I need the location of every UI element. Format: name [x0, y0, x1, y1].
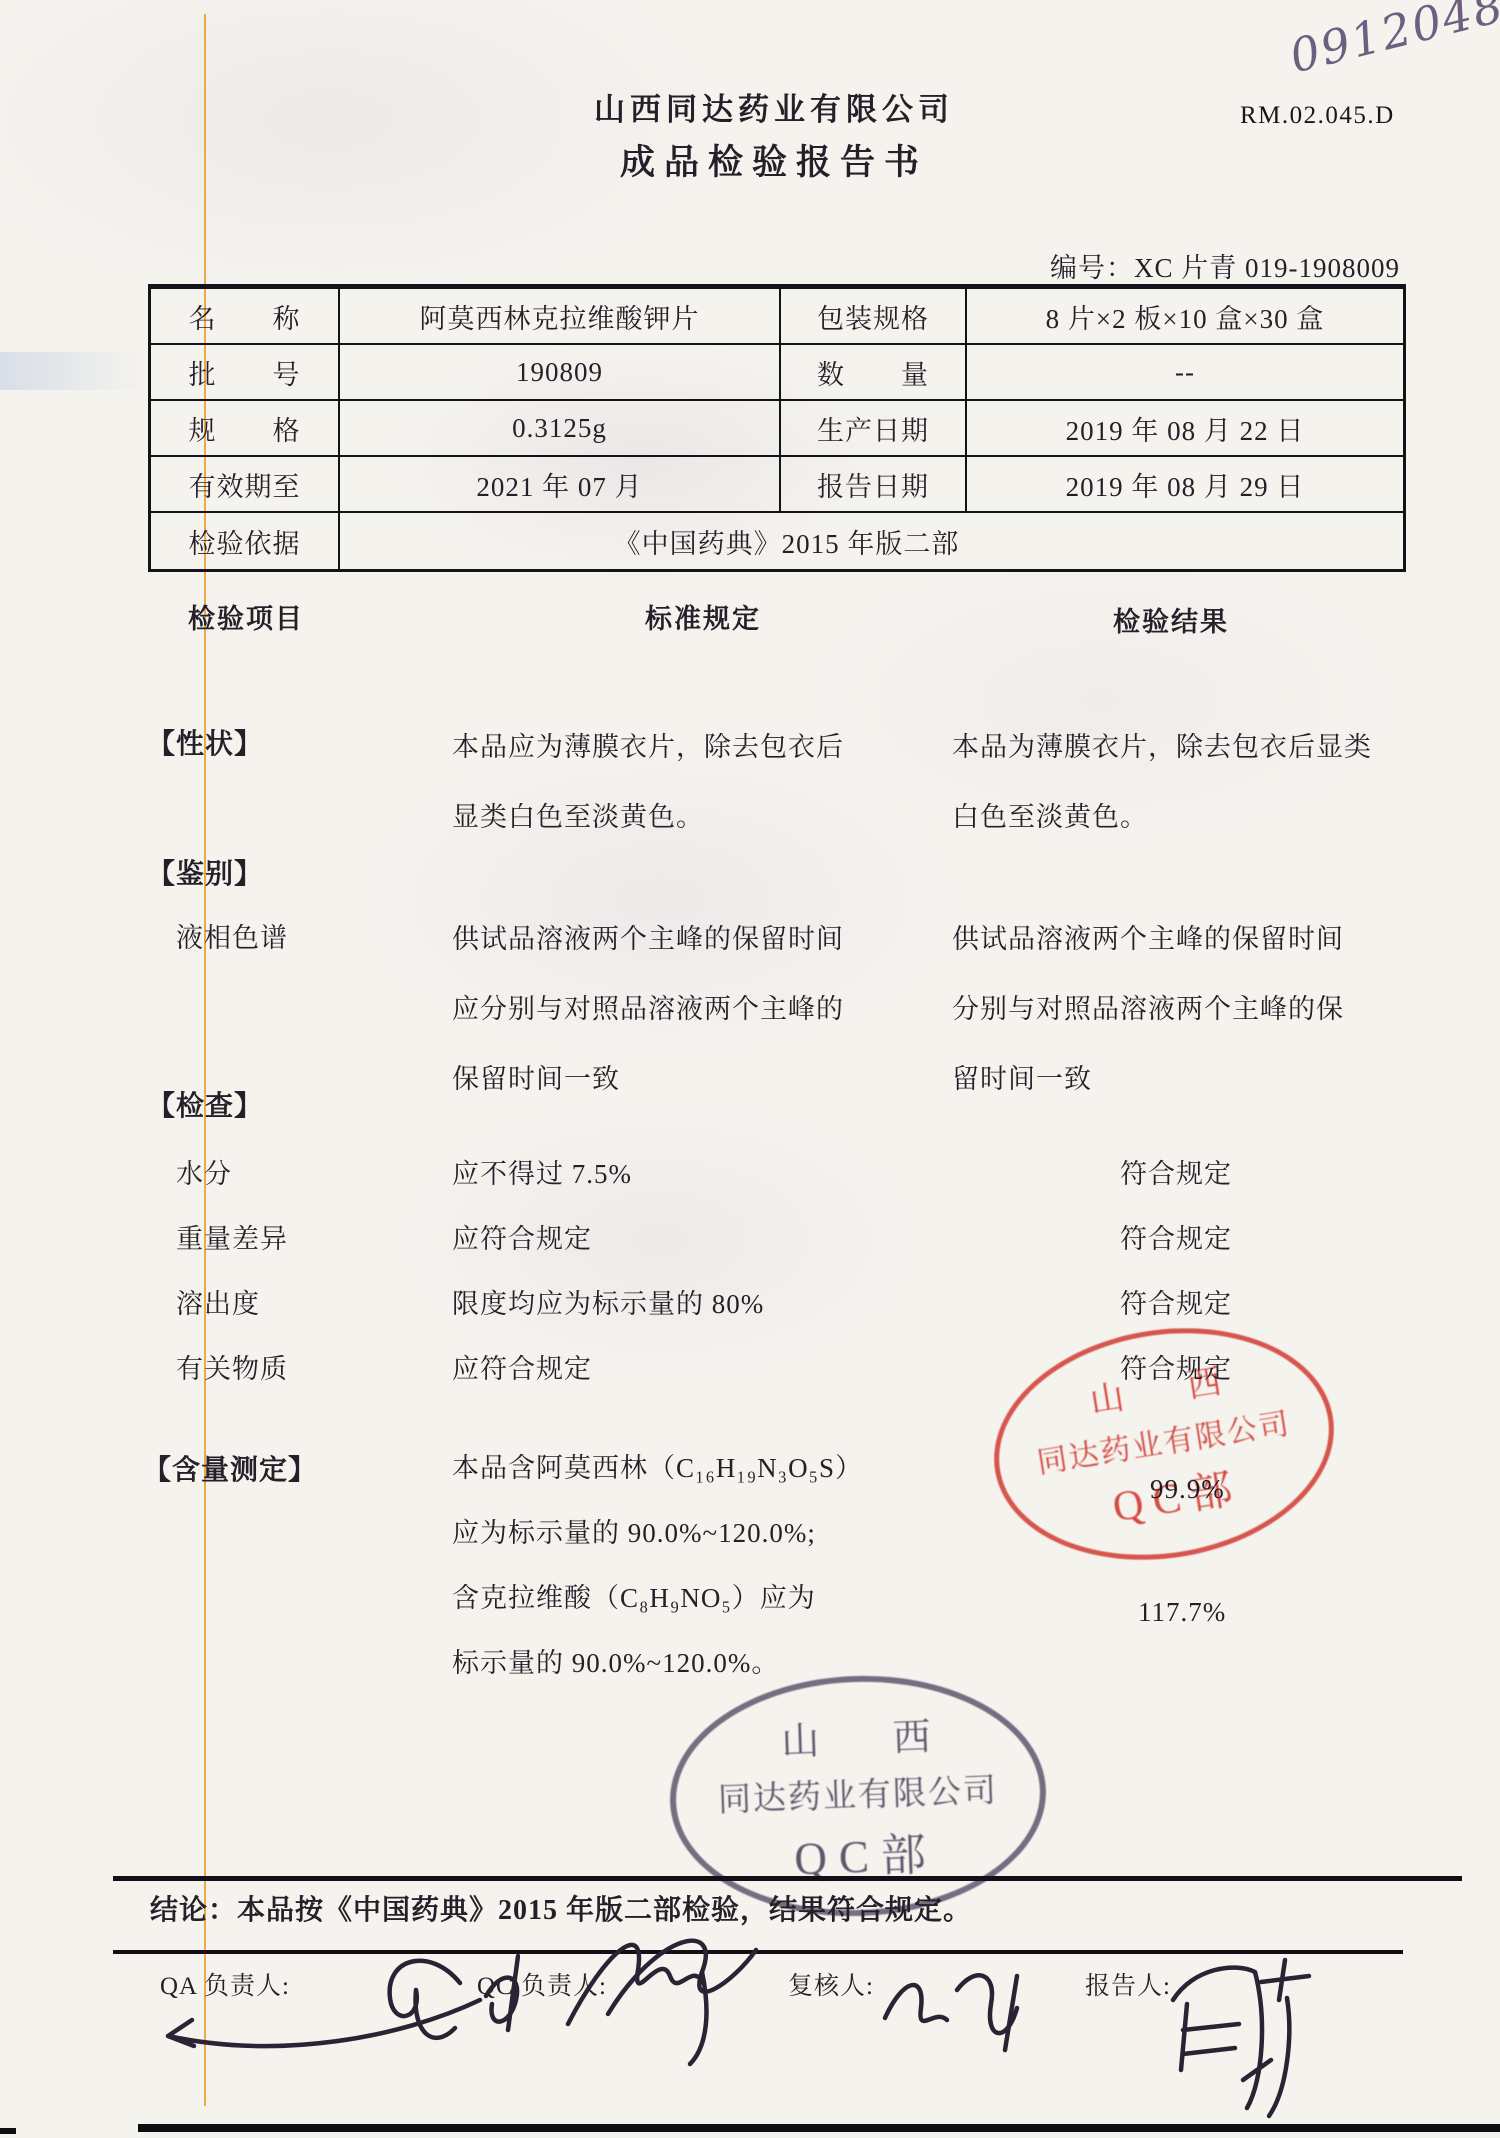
result-line: 供试品溶液两个主峰的保留时间	[952, 904, 1452, 974]
page-title: 成品检验报告书	[148, 135, 1400, 185]
reporter-signature	[1135, 1938, 1325, 2128]
scan-fold-shadow	[0, 352, 148, 390]
info-label: 规 格	[151, 401, 340, 457]
conclusion-top-rule	[113, 1876, 1462, 1881]
test-item-name: 溶出度	[176, 1282, 260, 1321]
test-item-standard: 应不得过 7.5%	[452, 1152, 632, 1191]
qc-stamp-purple: 山 西 同达药业有限公司 QC部	[666, 1670, 1050, 1923]
info-value: 2019 年 08 月 22 日	[967, 401, 1403, 457]
result-line: 白色至淡黄色。	[952, 782, 1440, 852]
column-header-item: 检验项目	[188, 597, 304, 636]
assay-standard: 本品含阿莫西林（C₁₆H₁₉N₃O₅S） 应为标示量的 90.0%~120.0%…	[452, 1436, 982, 1696]
reviewer-label: 复核人:	[788, 1966, 874, 2002]
column-header-result: 检验结果	[1113, 600, 1229, 639]
inspection-basis: 《中国药典》2015 年版二部	[340, 513, 1403, 569]
result-line: 留时间一致	[952, 1044, 1452, 1114]
report-number-label: 编号：	[1050, 253, 1134, 283]
scan-bottom-edge	[138, 2124, 1500, 2132]
test-item-result: 符合规定	[1120, 1282, 1232, 1321]
info-label: 批 号	[151, 345, 340, 401]
info-label: 包装规格	[781, 289, 967, 345]
info-label: 报告日期	[781, 457, 967, 513]
info-value: 0.3125g	[340, 401, 781, 457]
std-line: 应分别与对照品溶液两个主峰的	[452, 974, 957, 1044]
test-item-name: 重量差异	[176, 1217, 288, 1256]
appearance-result: 本品为薄膜衣片，除去包衣后显类 白色至淡黄色。	[952, 712, 1440, 852]
test-item-result: 符合规定	[1120, 1217, 1232, 1256]
info-table: 名 称 阿莫西林克拉维酸钾片 包装规格 8 片×2 板×10 盒×30 盒 批 …	[148, 284, 1406, 572]
identification-item: 液相色谱	[176, 916, 288, 955]
report-page: 0912048 RM.02.045.D 山西同达药业有限公司 成品检验报告书 编…	[0, 0, 1500, 2138]
info-value: 2019 年 08 月 29 日	[967, 457, 1403, 513]
std-line: 本品含阿莫西林（C₁₆H₁₉N₃O₅S）	[452, 1436, 982, 1501]
report-number-value: XC 片青 019-1908009	[1134, 253, 1400, 283]
info-label: 检验依据	[151, 513, 340, 569]
handwritten-code: 0912048	[1284, 0, 1491, 83]
section-heading-assay: 【含量测定】	[143, 1448, 317, 1488]
test-item-standard: 应符合规定	[452, 1347, 592, 1386]
test-item-result: 符合规定	[1120, 1152, 1232, 1191]
std-line: 应为标示量的 90.0%~120.0%;	[452, 1501, 982, 1566]
std-line: 含克拉维酸（C₈H₉NO₅）应为	[452, 1566, 982, 1631]
test-item-standard: 限度均应为标示量的 80%	[452, 1282, 764, 1321]
identification-result: 供试品溶液两个主峰的保留时间 分别与对照品溶液两个主峰的保 留时间一致	[952, 904, 1452, 1114]
info-label: 生产日期	[781, 401, 967, 457]
qc-stamp-red: 山 西 同达药业有限公司 QC部	[977, 1305, 1350, 1584]
stamp-line: 山 西	[748, 1704, 963, 1766]
report-number: 编号：XC 片青 019-1908009	[900, 246, 1400, 285]
column-header-standard: 标准规定	[645, 597, 761, 636]
company-title: 山西同达药业有限公司	[148, 84, 1400, 129]
test-item-name: 有关物质	[176, 1347, 288, 1386]
info-value: 8 片×2 板×10 盒×30 盒	[967, 289, 1403, 345]
std-line: 本品应为薄膜衣片，除去包衣后	[452, 712, 957, 782]
result-line: 分别与对照品溶液两个主峰的保	[952, 974, 1452, 1044]
info-label: 名 称	[151, 289, 340, 345]
stamp-line: 同达药业有限公司	[717, 1764, 998, 1821]
scan-bottom-notch	[0, 2128, 16, 2134]
test-item-standard: 应符合规定	[452, 1217, 592, 1256]
std-line: 显类白色至淡黄色。	[452, 782, 957, 852]
section-heading-identification: 【鉴别】	[147, 852, 263, 892]
reviewer-signature	[865, 1948, 1075, 2063]
qc-signature	[550, 1892, 790, 2072]
assay-result-clavulanate: 117.7%	[1138, 1597, 1226, 1628]
test-item-name: 水分	[176, 1152, 232, 1191]
info-value: --	[967, 345, 1403, 401]
section-heading-appearance: 【性状】	[147, 722, 263, 762]
std-line: 保留时间一致	[452, 1044, 957, 1114]
identification-standard: 供试品溶液两个主峰的保留时间 应分别与对照品溶液两个主峰的 保留时间一致	[452, 904, 957, 1114]
result-line: 本品为薄膜衣片，除去包衣后显类	[952, 712, 1440, 782]
qa-signature	[150, 1938, 520, 2088]
section-heading-tests: 【检查】	[147, 1084, 263, 1124]
info-label: 数 量	[781, 345, 967, 401]
info-value: 190809	[340, 345, 781, 401]
info-value: 阿莫西林克拉维酸钾片	[340, 289, 781, 345]
std-line: 供试品溶液两个主峰的保留时间	[452, 904, 957, 974]
appearance-standard: 本品应为薄膜衣片，除去包衣后 显类白色至淡黄色。	[452, 712, 957, 852]
info-value: 2021 年 07 月	[340, 457, 781, 513]
info-label: 有效期至	[151, 457, 340, 513]
